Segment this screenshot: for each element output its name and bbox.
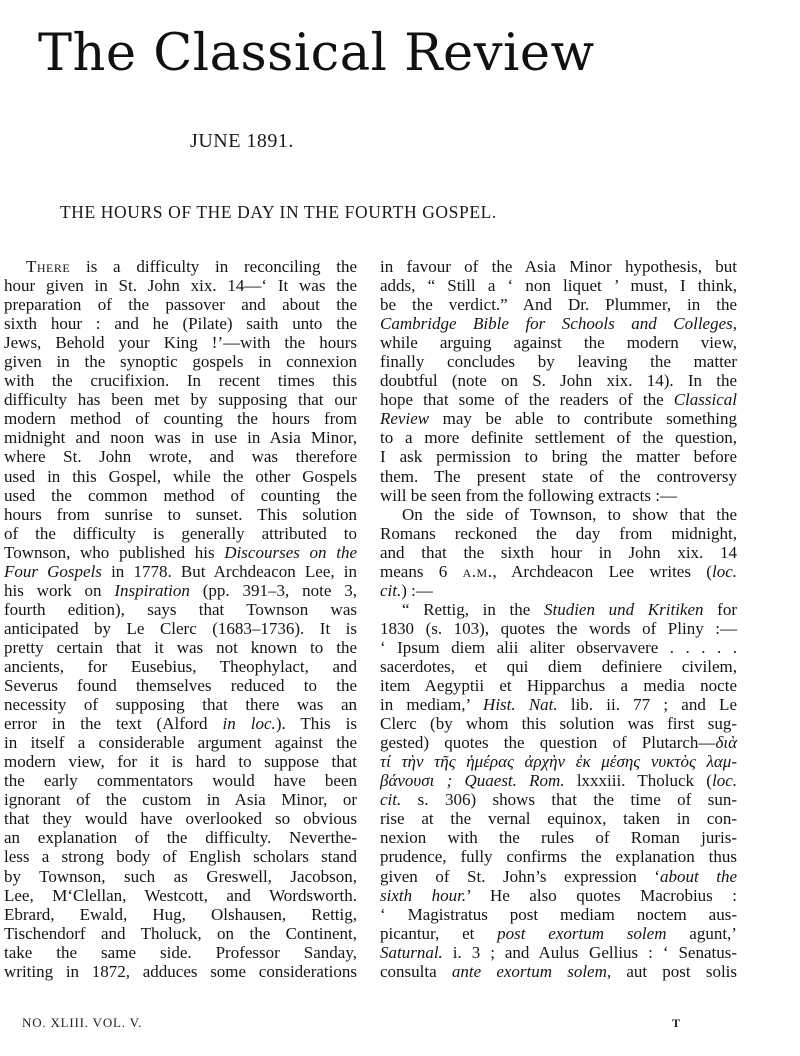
italic-segment: Classical (674, 390, 737, 409)
text-segment: i. 3 ; and Aulus Gellius : ‘ Senatus- (443, 943, 737, 962)
text-line: On the side of Townson, to show that the (380, 505, 737, 524)
text-line: pretty certain that it was not known to … (4, 638, 357, 657)
text-segment: Clerc (by whom this solution was first s… (380, 714, 737, 733)
lead-smallcaps-segment: There (26, 257, 70, 276)
text-line: sixth hour.’ He also quotes Macrobius : (380, 886, 737, 905)
text-segment: prudence, fully confirms the explanation… (380, 847, 737, 866)
text-line: given of St. John’s expression ‘about th… (380, 867, 737, 886)
text-segment: an explanation of the difficulty. Nevert… (4, 828, 357, 847)
text-line: preparation of the passover and about th… (4, 295, 357, 314)
text-segment: used in this Gospel, while the other Gos… (4, 467, 357, 486)
text-line: modern method of counting the hours from (4, 409, 357, 428)
article-title: THE HOURS OF THE DAY IN THE FOURTH GOSPE… (60, 202, 424, 223)
text-segment: pretty certain that it was not known to … (4, 638, 357, 657)
text-line: in itself a considerable argument agains… (4, 733, 357, 752)
text-line: fourth edition), says that Townson was (4, 600, 357, 619)
text-segment: in itself a considerable argument agains… (4, 733, 357, 752)
text-line: βάνουσι ; Quaest. Rom. lxxxiii. Tholuck … (380, 771, 737, 790)
italic-lead-segment: Cambridge Bible for Schools and Colleges (380, 314, 733, 333)
text-segment: while arguing against the modern view, (380, 333, 737, 352)
italic-lead-segment: Saturnal. (380, 943, 443, 962)
text-segment: take the same side. Professor Sanday, (4, 943, 357, 962)
text-segment: Townson, who published his (4, 543, 224, 562)
italic-lead-segment: βάνουσι ; Quaest. Rom. (380, 771, 565, 790)
text-line: ‘ Magistratus post mediam noctem aus- (380, 905, 737, 924)
text-line: Lee, M‘Clellan, Westcott, and Wordsworth… (4, 886, 357, 905)
text-segment: be the verdict.” And Dr. Plummer, in the (380, 295, 737, 314)
text-line: ‘ Ipsum diem alii aliter observavere . .… (380, 638, 737, 657)
italic-lead-segment: Four Gospels (4, 562, 102, 581)
text-segment: adds, “ Still a ‘ non liquet ’ must, I t… (380, 276, 737, 295)
text-line: doubtful (note on S. John xix. 14). In t… (380, 371, 737, 390)
text-segment: Severus found themselves reduced to the (4, 676, 357, 695)
text-line: difficulty has been met by supposing tha… (4, 390, 357, 409)
text-line: Clerc (by whom this solution was first s… (380, 714, 737, 733)
text-segment: 1830 (s. 103), quotes the words of Pliny… (380, 619, 737, 638)
text-line: picantur, et post exortum solem agunt,’ (380, 924, 737, 943)
text-line: Saturnal. i. 3 ; and Aulus Gellius : ‘ S… (380, 943, 737, 962)
text-line: There is a difficulty in reconciling the (4, 257, 357, 276)
text-line: means 6 a.m., Archdeacon Lee writes (loc… (380, 562, 737, 581)
text-segment: I ask permission to bring the matter bef… (380, 447, 737, 466)
text-line: finally concludes by leaving the matter (380, 352, 737, 371)
text-segment: may be able to contribute something (429, 409, 737, 428)
smallcaps-segment: a.m. (463, 562, 493, 581)
text-segment: is a difficulty in reconciling the (70, 257, 357, 276)
text-line: midnight and noon was in use in Asia Min… (4, 428, 357, 447)
text-segment: necessity of supposing that there was an (4, 695, 357, 714)
italic-segment: Studien und Kritiken (544, 600, 704, 619)
text-segment: error in the text (Alford (4, 714, 223, 733)
signature-mark: T (672, 1016, 680, 1031)
text-line: take the same side. Professor Sanday, (4, 943, 357, 962)
text-line: cit.) :— (380, 581, 737, 600)
text-segment: hope that some of the readers of the (380, 390, 674, 409)
text-segment: and that the sixth hour in John xix. 14 (380, 543, 737, 562)
italic-segment: about the (660, 867, 737, 886)
text-segment: with the crucifixion. In recent times th… (4, 371, 357, 390)
text-line: Cambridge Bible for Schools and Colleges… (380, 314, 737, 333)
text-segment: sixth hour : and he (Pilate) saith unto … (4, 314, 357, 333)
text-segment: by Townson, such as Greswell, Jacobson, (4, 867, 357, 886)
text-segment: On the side of Townson, to show that the (402, 505, 737, 524)
text-segment: item Aegyptii et Hipparchus a media noct… (380, 676, 737, 695)
text-line: sixth hour : and he (Pilate) saith unto … (4, 314, 357, 333)
text-segment: where St. John wrote, and was therefore (4, 447, 357, 466)
text-after-segment: lib. ii. 77 ; and Le (558, 695, 737, 714)
text-line: them. The present state of the controver… (380, 467, 737, 486)
text-segment: s. 306) shows that the time of sun- (401, 790, 737, 809)
text-segment: the early commentators would have been (4, 771, 357, 790)
text-line: used the common method of counting the (4, 486, 357, 505)
italic-segment: Inspiration (114, 581, 190, 600)
text-line: Tischendorf and Tholuck, on the Continen… (4, 924, 357, 943)
text-segment: hours from sunrise to sunset. This solut… (4, 505, 357, 524)
text-line: where St. John wrote, and was therefore (4, 447, 357, 466)
text-line: with the crucifixion. In recent times th… (4, 371, 357, 390)
text-line: prudence, fully confirms the explanation… (380, 847, 737, 866)
text-line: and that the sixth hour in John xix. 14 (380, 543, 737, 562)
text-segment: given in the synoptic gospels in connexi… (4, 352, 357, 371)
text-after-segment: agunt,’ (666, 924, 737, 943)
text-line: anticipated by Le Clerc (1683–1736). It … (4, 619, 357, 638)
text-line: hour given in St. John xix. 14—‘ It was … (4, 276, 357, 295)
text-line: Townson, who published his Discourses on… (4, 543, 357, 562)
text-line: used in this Gospel, while the other Gos… (4, 467, 357, 486)
text-segment: ancients, for Eusebius, Theophylact, and (4, 657, 357, 676)
text-segment: anticipated by Le Clerc (1683–1736). It … (4, 619, 357, 638)
text-line: ignorant of the custom in Asia Minor, or (4, 790, 357, 809)
right-text-column: in favour of the Asia Minor hypothesis, … (380, 257, 737, 981)
text-line: necessity of supposing that there was an (4, 695, 357, 714)
text-line: to a more definite settlement of the que… (380, 428, 737, 447)
text-line: item Aegyptii et Hipparchus a media noct… (380, 676, 737, 695)
text-segment: doubtful (note on S. John xix. 14). In t… (380, 371, 737, 390)
text-segment: in favour of the Asia Minor hypothesis, … (380, 257, 737, 276)
text-line: Four Gospels in 1778. But Archdeacon Lee… (4, 562, 357, 581)
text-line: cit. s. 306) shows that the time of sun- (380, 790, 737, 809)
italic-segment: post exortum solem (497, 924, 666, 943)
text-segment: finally concludes by leaving the matter (380, 352, 737, 371)
italic-tail-segment: loc. (712, 562, 737, 581)
text-segment: ignorant of the custom in Asia Minor, or (4, 790, 357, 809)
text-after-segment: , aut post solis (607, 962, 737, 981)
text-line: in favour of the Asia Minor hypothesis, … (380, 257, 737, 276)
italic-lead-segment: cit. (380, 790, 401, 809)
text-segment: lxxxiii. Tholuck ( (565, 771, 712, 790)
left-text-column: There is a difficulty in reconciling the… (4, 257, 357, 981)
text-line: τί τὴν τῆς ἡμέρας ἀρχὴν ἐκ μέσης νυκτὸς … (380, 752, 737, 771)
text-line: Jews, Behold your King !’—with the hours (4, 333, 357, 352)
text-segment: them. The present state of the controver… (380, 467, 737, 486)
text-line: while arguing against the modern view, (380, 333, 737, 352)
text-segment: ‘ Magistratus post mediam noctem aus- (380, 905, 737, 924)
text-segment: Ebrard, Ewald, Hug, Olshausen, Rettig, (4, 905, 357, 924)
text-after-segment: ). This is (276, 714, 357, 733)
italic-tail-segment: loc. (712, 771, 737, 790)
text-segment: to a more definite settlement of the que… (380, 428, 737, 447)
text-line: 1830 (s. 103), quotes the words of Pliny… (380, 619, 737, 638)
text-line: Severus found themselves reduced to the (4, 676, 357, 695)
text-segment: modern method of counting the hours from (4, 409, 357, 428)
text-segment: Tischendorf and Tholuck, on the Continen… (4, 924, 357, 943)
text-line: nexion with the rules of Roman juris- (380, 828, 737, 847)
text-segment: ) :— (401, 581, 433, 600)
text-line: Review may be able to contribute somethi… (380, 409, 737, 428)
text-segment: fourth edition), says that Townson was (4, 600, 357, 619)
text-segment: , (733, 314, 737, 333)
text-line: rise at the vernal equinox, taken in con… (380, 809, 737, 828)
italic-segment: in loc. (223, 714, 276, 733)
text-line: given in the synoptic gospels in connexi… (4, 352, 357, 371)
text-segment: writing in 1872, adduces some considerat… (4, 962, 357, 981)
text-segment: his work on (4, 581, 114, 600)
journal-title: The Classical Review (38, 28, 448, 79)
text-segment: gested) quotes the question of Plutarch— (380, 733, 715, 752)
text-segment: ’ He also quotes Macrobius : (466, 886, 737, 905)
text-line: Romans reckoned the day from midnight, (380, 524, 737, 543)
signature-line: NO. XLIII. VOL. V. (22, 1015, 142, 1031)
italic-lead-segment: cit. (380, 581, 401, 600)
italic-segment: ante exortum solem (452, 962, 607, 981)
text-segment: sacerdotes, et qui diem definiere civile… (380, 657, 737, 676)
text-segment: in mediam,’ (380, 695, 483, 714)
text-line: writing in 1872, adduces some considerat… (4, 962, 357, 981)
text-segment: used the common method of counting the (4, 486, 357, 505)
italic-lead-segment: sixth hour. (380, 886, 466, 905)
text-line: be the verdict.” And Dr. Plummer, in the (380, 295, 737, 314)
text-line: gested) quotes the question of Plutarch—… (380, 733, 737, 752)
italic-lead-segment: τί τὴν τῆς ἡμέρας ἀρχὴν ἐκ μέσης νυκτὸς … (380, 752, 737, 771)
text-line: an explanation of the difficulty. Nevert… (4, 828, 357, 847)
text-segment: midnight and noon was in use in Asia Min… (4, 428, 357, 447)
italic-segment: Discourses on the (224, 543, 357, 562)
text-line: error in the text (Alford in loc.). This… (4, 714, 357, 733)
text-line: adds, “ Still a ‘ non liquet ’ must, I t… (380, 276, 737, 295)
text-line: modern view, for it is hard to suppose t… (4, 752, 357, 771)
text-segment: means 6 (380, 562, 463, 581)
text-segment: hour given in St. John xix. 14—‘ It was … (4, 276, 357, 295)
text-segment: Lee, M‘Clellan, Westcott, and Wordsworth… (4, 886, 357, 905)
text-segment: “ Rettig, in the (402, 600, 544, 619)
text-segment: Jews, Behold your King !’—with the hours (4, 333, 357, 352)
issue-date: JUNE 1891. (0, 130, 484, 153)
text-segment: that they would have overlooked so obvio… (4, 809, 357, 828)
italic-lead-segment: Review (380, 409, 429, 428)
text-segment: preparation of the passover and about th… (4, 295, 357, 314)
text-line: “ Rettig, in the Studien und Kritiken fo… (380, 600, 737, 619)
text-line: sacerdotes, et qui diem definiere civile… (380, 657, 737, 676)
text-segment: less a strong body of English scholars s… (4, 847, 357, 866)
italic-segment: διὰ (715, 733, 737, 752)
text-line: hours from sunrise to sunset. This solut… (4, 505, 357, 524)
text-segment: rise at the vernal equinox, taken in con… (380, 809, 737, 828)
text-segment: ‘ Ipsum diem alii aliter observavere . .… (380, 638, 737, 657)
text-line: hope that some of the readers of the Cla… (380, 390, 737, 409)
text-segment: in 1778. But Archdeacon Lee, in (102, 562, 357, 581)
text-line: Ebrard, Ewald, Hug, Olshausen, Rettig, (4, 905, 357, 924)
text-line: less a strong body of English scholars s… (4, 847, 357, 866)
text-line: by Townson, such as Greswell, Jacobson, (4, 867, 357, 886)
text-line: will be seen from the following extracts… (380, 486, 737, 505)
text-segment: picantur, et (380, 924, 497, 943)
text-segment: of the difficulty is generally attribute… (4, 524, 357, 543)
text-line: his work on Inspiration (pp. 391–3, note… (4, 581, 357, 600)
text-after-segment: , Archdeacon Lee writes ( (492, 562, 712, 581)
text-segment: difficulty has been met by supposing tha… (4, 390, 357, 409)
text-segment: given of St. John’s expression ‘ (380, 867, 660, 886)
text-line: consulta ante exortum solem, aut post so… (380, 962, 737, 981)
text-line: ancients, for Eusebius, Theophylact, and (4, 657, 357, 676)
text-line: of the difficulty is generally attribute… (4, 524, 357, 543)
text-segment: will be seen from the following extracts… (380, 486, 677, 505)
text-after-segment: for (704, 600, 737, 619)
text-line: that they would have overlooked so obvio… (4, 809, 357, 828)
text-line: the early commentators would have been (4, 771, 357, 790)
text-after-segment: (pp. 391–3, note 3, (190, 581, 357, 600)
italic-segment: Hist. Nat. (483, 695, 558, 714)
text-line: I ask permission to bring the matter bef… (380, 447, 737, 466)
text-segment: Romans reckoned the day from midnight, (380, 524, 737, 543)
text-line: in mediam,’ Hist. Nat. lib. ii. 77 ; and… (380, 695, 737, 714)
text-segment: nexion with the rules of Roman juris- (380, 828, 737, 847)
text-segment: modern view, for it is hard to suppose t… (4, 752, 357, 771)
text-segment: consulta (380, 962, 452, 981)
